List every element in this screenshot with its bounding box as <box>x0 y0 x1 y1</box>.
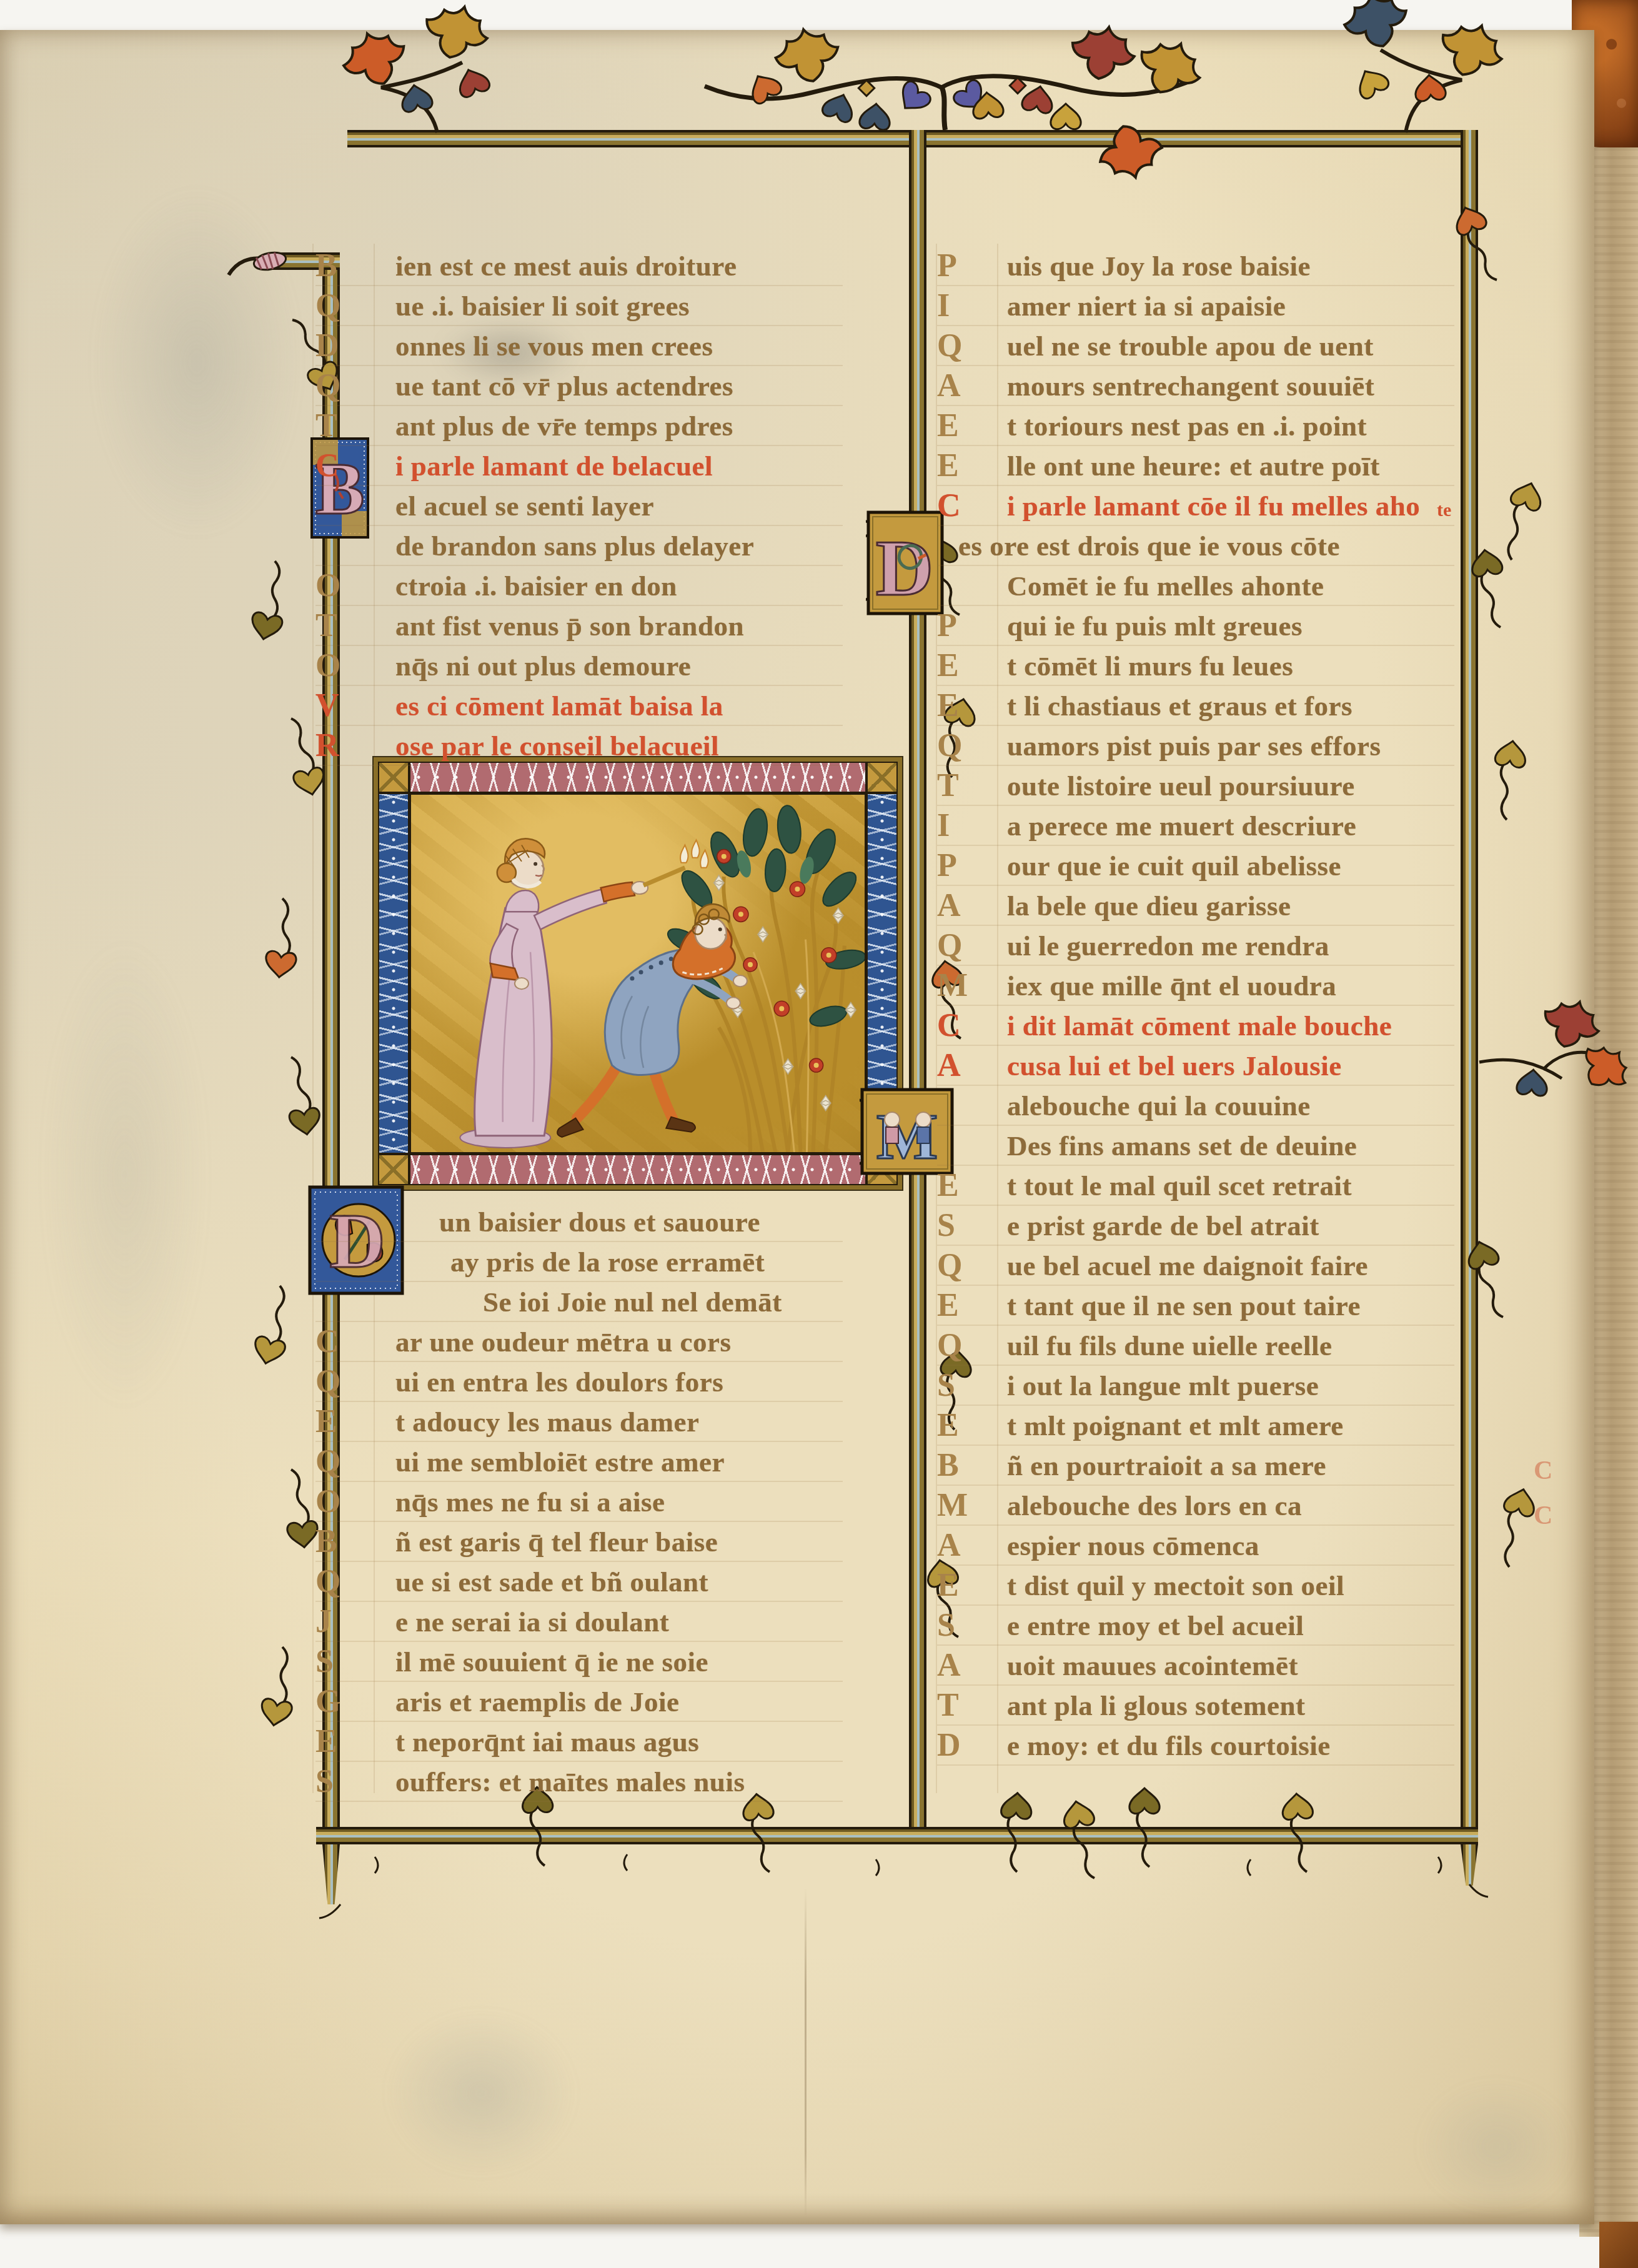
ruling-line <box>315 1601 843 1602</box>
verse-initial: S <box>315 1643 372 1680</box>
ruling-line <box>937 1365 1454 1366</box>
ruling-line <box>315 1801 843 1802</box>
verse-text: ñ en pourtraioit a sa mere <box>1007 1450 1326 1482</box>
ruling-line <box>937 685 1454 686</box>
verse-text: ui en entra les doulors fors <box>395 1366 723 1398</box>
verse-text: e moy: et du fils courtoisie <box>1007 1729 1331 1762</box>
verse-text: un baisier dous et sauoure <box>439 1206 760 1238</box>
ruling-line <box>315 1241 843 1242</box>
verse-text: t cōmēt li murs fu leues <box>1007 650 1293 682</box>
verse-text: our que ie cuit quil abelisse <box>1007 850 1341 882</box>
ruling-line <box>937 1285 1454 1286</box>
verse-initial: B <box>937 1447 993 1484</box>
svg-text:D: D <box>876 524 933 612</box>
verse-initial: M <box>937 967 993 1004</box>
ruling-line <box>315 1401 843 1402</box>
ruling-line <box>315 565 843 566</box>
verse-text: ñ est garis q̄ tel fleur baise <box>395 1526 718 1558</box>
illuminated-initial-D2: D <box>866 510 945 616</box>
ruling-line <box>315 1561 843 1562</box>
ruling-line <box>937 645 1454 646</box>
verse-text: uoit mauues acointemēt <box>1007 1649 1298 1682</box>
verse-initial: Q <box>937 327 993 364</box>
border-bar-bottom <box>316 1827 1478 1844</box>
verse-text: Se ioi Joie nul nel demāt <box>483 1286 782 1318</box>
verse-initial: G <box>315 1683 372 1720</box>
ruling-line <box>937 1524 1454 1526</box>
verse-text: i dit lamāt cōment male bouche <box>1007 1010 1392 1042</box>
verse-text: i parle lamant cōe il fu melles aho <box>1007 490 1420 522</box>
miniature-border-bottom <box>409 1154 866 1185</box>
verse-text: ui me sembloiēt estre amer <box>395 1446 725 1478</box>
miniature-illustration <box>411 795 865 1152</box>
verse-text: i out la langue mlt puerse <box>1007 1370 1319 1402</box>
verse-initial: A <box>937 367 993 404</box>
ruling-line <box>937 365 1454 366</box>
verse-text: mours sentrechangent souuiēt <box>1007 370 1374 402</box>
ruling-line <box>315 1641 843 1642</box>
verse-text: oute listoire ueul poursiuure <box>1007 770 1355 802</box>
verse-initial: Q <box>937 1327 993 1364</box>
verse-text: ue .i. baisier li soit grees <box>395 290 690 322</box>
ruling-line <box>937 965 1454 966</box>
verse-text: ar une oudeur mētra u cors <box>395 1326 732 1358</box>
ruling-line <box>937 1165 1454 1166</box>
margin-mark: C <box>1534 1456 1552 1486</box>
verse-text: ay pris de la rose erramēt <box>450 1246 765 1278</box>
illuminated-initial-M: M <box>860 1087 955 1176</box>
verse-initial: V <box>315 687 372 724</box>
verse-initial: T <box>315 407 372 444</box>
ruling-line <box>937 1644 1454 1646</box>
verse-initial: P <box>937 847 993 884</box>
verse-text: Des fins amans set de deuine <box>1007 1130 1357 1162</box>
ruling-line <box>315 1321 843 1322</box>
verse-initial: S <box>937 1207 993 1244</box>
ruling-line <box>937 1085 1454 1086</box>
ruling-line <box>937 1684 1454 1686</box>
verse-text: alebouche qui la couuine <box>1007 1090 1311 1122</box>
verse-text: nq̄s mes ne fu si a aise <box>395 1486 665 1518</box>
ruling-line <box>315 485 843 486</box>
brandon-torch-icon <box>680 840 708 868</box>
ruling-line <box>937 1485 1454 1486</box>
verse-text: lle ont une heure: et autre poīt <box>1007 450 1380 482</box>
verse-text: t tout le mal quil scet retrait <box>1007 1170 1352 1202</box>
verse-initial: Q <box>315 367 372 404</box>
ruling-line <box>315 645 843 646</box>
ruling-line <box>315 1721 843 1722</box>
border-bar-middle <box>909 130 926 1844</box>
ruling-line <box>937 1564 1454 1566</box>
verse-initial: E <box>937 407 993 444</box>
verse-text: aris et raemplis de Joie <box>395 1686 679 1718</box>
ruling-line <box>315 365 843 366</box>
verse-text: ose par le conseil belacueil <box>395 730 719 762</box>
verse-initial: O <box>315 567 372 604</box>
miniature-border-left <box>378 793 409 1154</box>
verse-initial: A <box>937 887 993 924</box>
ruling-line <box>315 765 843 766</box>
ruling-line <box>937 725 1454 726</box>
verse-text: ctroia .i. baisier en don <box>395 570 677 602</box>
verse-text: ue bel acuel me daignoit faire <box>1007 1250 1368 1282</box>
verse-text: cusa lui et bel uers Jalousie <box>1007 1050 1342 1082</box>
verse-text: es ore est drois que ie vous cōte <box>958 530 1340 562</box>
verse-text: ue tant cō vr̄ plus actendres <box>395 370 733 402</box>
verse-text: onnes li se vous men crees <box>395 330 713 362</box>
ruling-line <box>937 1724 1454 1726</box>
ruling-line <box>937 925 1454 926</box>
ruling-line <box>315 1281 843 1282</box>
ruling-line <box>937 805 1454 806</box>
verse-text: i parle lamant de belacuel <box>395 450 713 482</box>
verse-initial: Q <box>315 1563 372 1600</box>
verse-initial: E <box>937 1167 993 1204</box>
verse-initial: O <box>315 1483 372 1520</box>
verse-initial: J <box>315 1603 372 1640</box>
verse-initial: E <box>937 687 993 724</box>
ruling-line <box>315 445 843 446</box>
verse-initial: S <box>937 1367 993 1404</box>
ruling-line <box>937 1445 1454 1446</box>
verse-text: e prist garde de bel atrait <box>1007 1210 1319 1242</box>
ruling-line <box>315 1361 843 1362</box>
verse-text: t mlt poignant et mlt amere <box>1007 1410 1344 1442</box>
verse-text: uis que Joy la rose baisie <box>1007 250 1311 282</box>
verse-text: ant plus de vr̄e temps pdres <box>395 410 733 442</box>
leather-binding-bottom <box>1599 2222 1638 2268</box>
border-bar-right <box>1461 130 1478 1844</box>
verse-initial: E <box>937 1567 993 1604</box>
verse-initial: E <box>315 1723 372 1760</box>
verse-text: ien est ce mest auis droiture <box>395 250 737 282</box>
verse-text: t tant que il ne sen pout taire <box>1007 1290 1361 1322</box>
verse-initial: P <box>937 607 993 644</box>
verse-initial: Q <box>315 1363 372 1400</box>
verse-initial: A <box>937 1047 993 1084</box>
ruling-line <box>937 1045 1454 1046</box>
parchment-crease <box>805 1887 807 2218</box>
verse-initial: Q <box>315 287 372 324</box>
verse-text: t toriours nest pas en .i. point <box>1007 410 1367 442</box>
ruling-line <box>937 1764 1454 1766</box>
ruling-line <box>315 1521 843 1522</box>
verse-text: uamors pist puis par ses effors <box>1007 730 1381 762</box>
miniature-scene <box>409 793 866 1154</box>
ruling-line <box>937 445 1454 446</box>
verse-text: ant fist venus p̄ son brandon <box>395 610 744 642</box>
ruling-line <box>937 605 1454 606</box>
verse-text: el acuel se senti layer <box>395 490 654 522</box>
ruling-line <box>937 1325 1454 1326</box>
verse-text: t adoucy les maus damer <box>395 1406 699 1438</box>
verse-text: il mē souuient q̄ ie ne soie <box>395 1646 708 1678</box>
ruling-line <box>937 565 1454 566</box>
verse-text: nq̄s ni out plus demoure <box>395 650 691 682</box>
ruling-line <box>315 1481 843 1482</box>
verse-initial: A <box>937 1527 993 1564</box>
verse-text: t li chastiaus et graus et fors <box>1007 690 1353 722</box>
verse-initial: R <box>315 727 372 764</box>
svg-text:M: M <box>876 1101 938 1173</box>
ruling-line <box>937 1245 1454 1246</box>
verse-text: qui ie fu puis mlt greues <box>1007 610 1303 642</box>
verse-initial: E <box>937 647 993 684</box>
miniature-corner <box>866 762 898 793</box>
verse-text: amer niert ia si apaisie <box>1007 290 1286 322</box>
ruling-line <box>315 1761 843 1762</box>
ruling-line <box>937 1205 1454 1206</box>
verse-text: t dist quil y mectoit son oeil <box>1007 1569 1344 1602</box>
verse-initial: B <box>315 1523 372 1560</box>
ruling-line <box>937 405 1454 406</box>
verse-initial: I <box>937 287 993 324</box>
verse-initial: Q <box>937 727 993 764</box>
verse-text: ant pla li glous sotement <box>1007 1689 1306 1722</box>
verse-initial: T <box>937 767 993 804</box>
verse-initial: S <box>937 1607 993 1644</box>
verse-text: ouffers: et maītes males nuis <box>395 1766 745 1798</box>
verse-initial: Q <box>937 927 993 964</box>
verse-initial: I <box>937 807 993 844</box>
verse-text: iex que mille q̄nt el uoudra <box>1007 970 1336 1002</box>
verse-initial: Q <box>315 1443 372 1480</box>
ruling-line <box>937 1125 1454 1126</box>
ruling-line <box>937 525 1454 526</box>
ruling-line <box>315 725 843 726</box>
verse-text: uel ne se trouble apou de uent <box>1007 330 1374 362</box>
ruling-line <box>315 405 843 406</box>
ruling-line <box>937 885 1454 886</box>
verse-initial: C <box>937 1007 993 1044</box>
margin-mark: C <box>1534 1501 1552 1531</box>
verse-initial: B <box>315 247 372 284</box>
verse-initial: E <box>937 447 993 484</box>
verse-initial: O <box>315 647 372 684</box>
ruling <box>997 244 998 1793</box>
verse-text: la bele que dieu garisse <box>1007 890 1291 922</box>
ruling-line <box>315 685 843 686</box>
verse-initial: T <box>937 1687 993 1724</box>
manuscript-page-scan: B D D M <box>0 0 1638 2268</box>
verse-text: Comēt ie fu melles ahonte <box>1007 570 1324 602</box>
miniature-corner <box>378 1154 409 1185</box>
miniature-frame <box>374 757 902 1190</box>
ruling-line <box>937 765 1454 766</box>
verse-text: e ne serai ia si doulant <box>395 1606 669 1638</box>
ruling-line <box>937 1604 1454 1606</box>
ruling-line <box>315 1681 843 1682</box>
verse-initial: E <box>937 1287 993 1324</box>
verse-initial: P <box>937 247 993 284</box>
illuminated-initial-D: D <box>307 1185 405 1296</box>
verse-text: ui le guerredon me rendra <box>1007 930 1329 962</box>
verse-text: e entre moy et bel acueil <box>1007 1609 1304 1642</box>
verse-text: es ci cōment lamāt baisa la <box>395 690 723 722</box>
verse-initial: C <box>937 487 993 524</box>
ruling-line <box>315 605 843 606</box>
verse-initial: D <box>315 327 372 364</box>
verse-initial: C <box>315 447 372 484</box>
verse-initial: Q <box>937 1247 993 1284</box>
verse-text: alebouche des lors en ca <box>1007 1490 1302 1522</box>
verse-initial: M <box>937 1487 993 1524</box>
ruling-line <box>315 1441 843 1442</box>
verse-text: t neporq̄nt iai maus agus <box>395 1726 699 1758</box>
verse-initial: T <box>315 607 372 644</box>
ruling-line <box>315 285 843 286</box>
ruling-line <box>937 325 1454 326</box>
verse-initial: E <box>937 1407 993 1444</box>
verse-initial: A <box>937 1647 993 1684</box>
ruling-line <box>937 845 1454 846</box>
ruling-line <box>937 1405 1454 1406</box>
ruling-line <box>937 285 1454 286</box>
rubric-superscript: te <box>1437 500 1451 521</box>
verse-text: uil fu fils dune uielle reelle <box>1007 1330 1332 1362</box>
ruling-line <box>937 1005 1454 1006</box>
lover-figure <box>557 904 747 1137</box>
ruling-line <box>315 325 843 326</box>
verse-text: de brandon sans plus delayer <box>395 530 754 562</box>
verse-text: espier nous cōmenca <box>1007 1529 1259 1562</box>
verse-initial: D <box>937 1727 993 1764</box>
miniature-border-top <box>409 762 866 793</box>
verse-initial: S <box>315 1763 372 1800</box>
verse-initial: C <box>315 1323 372 1360</box>
verse-text: a perece me muert descriure <box>1007 810 1356 842</box>
miniature-corner <box>378 762 409 793</box>
ruling-line <box>937 485 1454 486</box>
verse-initial: E <box>315 1403 372 1440</box>
verse-text: ue si est sade et bñ oulant <box>395 1566 708 1598</box>
ruling-line <box>315 525 843 526</box>
